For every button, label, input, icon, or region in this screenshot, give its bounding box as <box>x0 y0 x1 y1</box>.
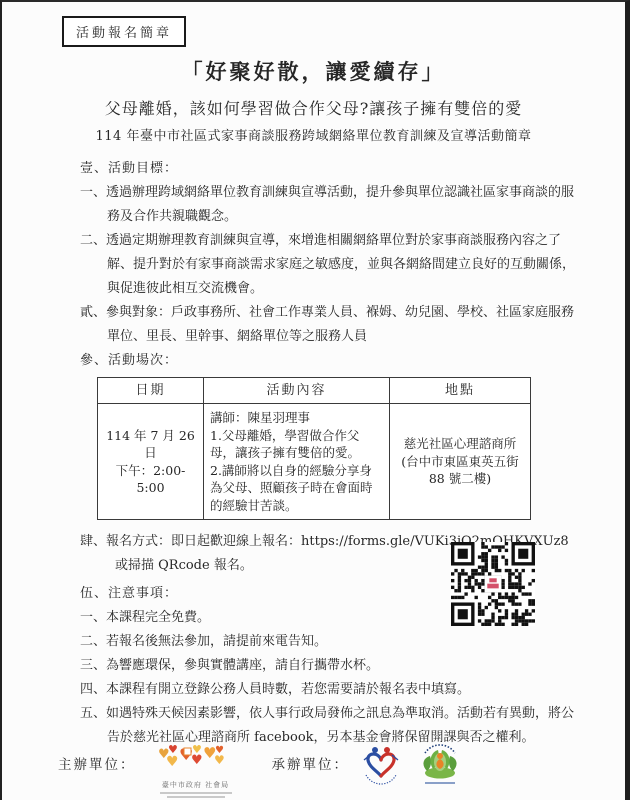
table-header-row: 日期 活動內容 地點 <box>98 378 531 404</box>
taichung-city-hearts-logo-icon: ♥ ♥ ♥ ♥ ♥ ♥ ♥ ♥ ♥ <box>156 738 236 776</box>
co-organizer-label: 承辦單位： <box>272 753 350 773</box>
goals-item: 二、透過定期辦理教育訓練與宣導，來增進相關網絡單位對於家事商談服務內容之了解、提… <box>80 229 575 301</box>
col-header-content: 活動內容 <box>204 378 390 404</box>
flyer-tag-box: 活動報名簡章 <box>62 16 186 47</box>
page-title: 「好聚好散，讓愛續存」 <box>2 56 625 86</box>
organizer-label: 主辦單位： <box>58 753 136 773</box>
flyer-tag-label: 活動報名簡章 <box>76 26 172 41</box>
note-item: 三、為響應環保，參與實體講座，請自行攜帶水杯。 <box>80 654 575 678</box>
session-date-line: 下午：2:00-5:00 <box>104 462 197 497</box>
organizer-caption-bar <box>160 792 232 794</box>
session-content-cell: 講師：陳星羽理事 1.父母離婚，學習做合作父母，讓孩子擁有雙倍的愛。 2.講師將… <box>204 404 390 520</box>
page-subheading: 114 年臺中市社區式家事商談服務跨域網絡單位教育訓練及宣導活動簡章 <box>2 125 625 144</box>
svg-text:♥: ♥ <box>191 753 203 768</box>
participants-paragraph: 貳、參與對象：戶政事務所、社會工作專業人員、褓姆、幼兒園、學校、社區家庭服務單位… <box>80 301 575 349</box>
footer-organizers: 主辦單位： ♥ ♥ ♥ ♥ ♥ ♥ ♥ ♥ ♥ 臺中市政府 社會局 承辦單位： <box>58 738 463 798</box>
heart-figures-logo-icon <box>361 742 401 786</box>
table-row: 114 年 7 月 26 日 下午：2:00-5:00 講師：陳星羽理事 1.父… <box>98 404 531 520</box>
session-location-line: (台中市東區東英五街 88 號二樓) <box>396 453 524 488</box>
organizer-logo-block: ♥ ♥ ♥ ♥ ♥ ♥ ♥ ♥ ♥ 臺中市政府 社會局 <box>142 738 250 798</box>
goals-item: 一、透過辦理跨域網絡單位教育訓練與宣導活動，提升參與單位認識社區家事商談的服務及… <box>80 181 575 229</box>
svg-text:♥: ♥ <box>214 753 225 767</box>
session-content-line: 1.父母離婚，學習做合作父母，讓孩子擁有雙倍的愛。 <box>210 427 383 462</box>
lotus-foundation-logo-icon <box>417 740 463 786</box>
session-content-line: 講師：陳星羽理事 <box>210 409 383 427</box>
flyer-page: 活動報名簡章 「好聚好散，讓愛續存」 父母離婚，該如何學習做合作父母?讓孩子擁有… <box>0 0 630 800</box>
registration-qr-code-icon <box>451 542 535 626</box>
note-item: 四、本課程有開立登錄公務人員時數，若您需要請於報名表中填寫。 <box>80 678 575 702</box>
session-location-line: 慈光社區心理諮商所 <box>396 435 524 453</box>
col-header-date: 日期 <box>98 378 204 404</box>
session-content-line: 2.講師將以自身的經驗分享身為父母、照顧孩子時在會面時的經驗甘苦談。 <box>210 462 383 515</box>
note-item: 二、若報名後無法參加，請提前來電告知。 <box>80 630 575 654</box>
page-subtitle: 父母離婚，該如何學習做合作父母?讓孩子擁有雙倍的愛 <box>2 96 625 119</box>
session-date-line: 114 年 7 月 26 日 <box>104 427 197 462</box>
flyer-body: 壹、活動目標： 一、透過辦理跨域網絡單位教育訓練與宣導活動，提升參與單位認識社區… <box>80 157 575 750</box>
sessions-heading: 參、活動場次： <box>80 349 575 373</box>
session-date-cell: 114 年 7 月 26 日 下午：2:00-5:00 <box>98 404 204 520</box>
session-location-cell: 慈光社區心理諮商所 (台中市東區東英五街 88 號二樓) <box>390 404 531 520</box>
registration-prefix: 肆、報名方式：即日起歡迎線上報名： <box>80 534 301 549</box>
svg-text:♥: ♥ <box>166 754 179 770</box>
goals-heading: 壹、活動目標： <box>80 157 575 181</box>
organizer-caption-bar <box>167 796 225 798</box>
col-header-location: 地點 <box>390 378 531 404</box>
sessions-table: 日期 活動內容 地點 114 年 7 月 26 日 下午：2:00-5:00 講… <box>97 377 531 520</box>
organizer-logo-caption: 臺中市政府 社會局 <box>142 780 250 790</box>
